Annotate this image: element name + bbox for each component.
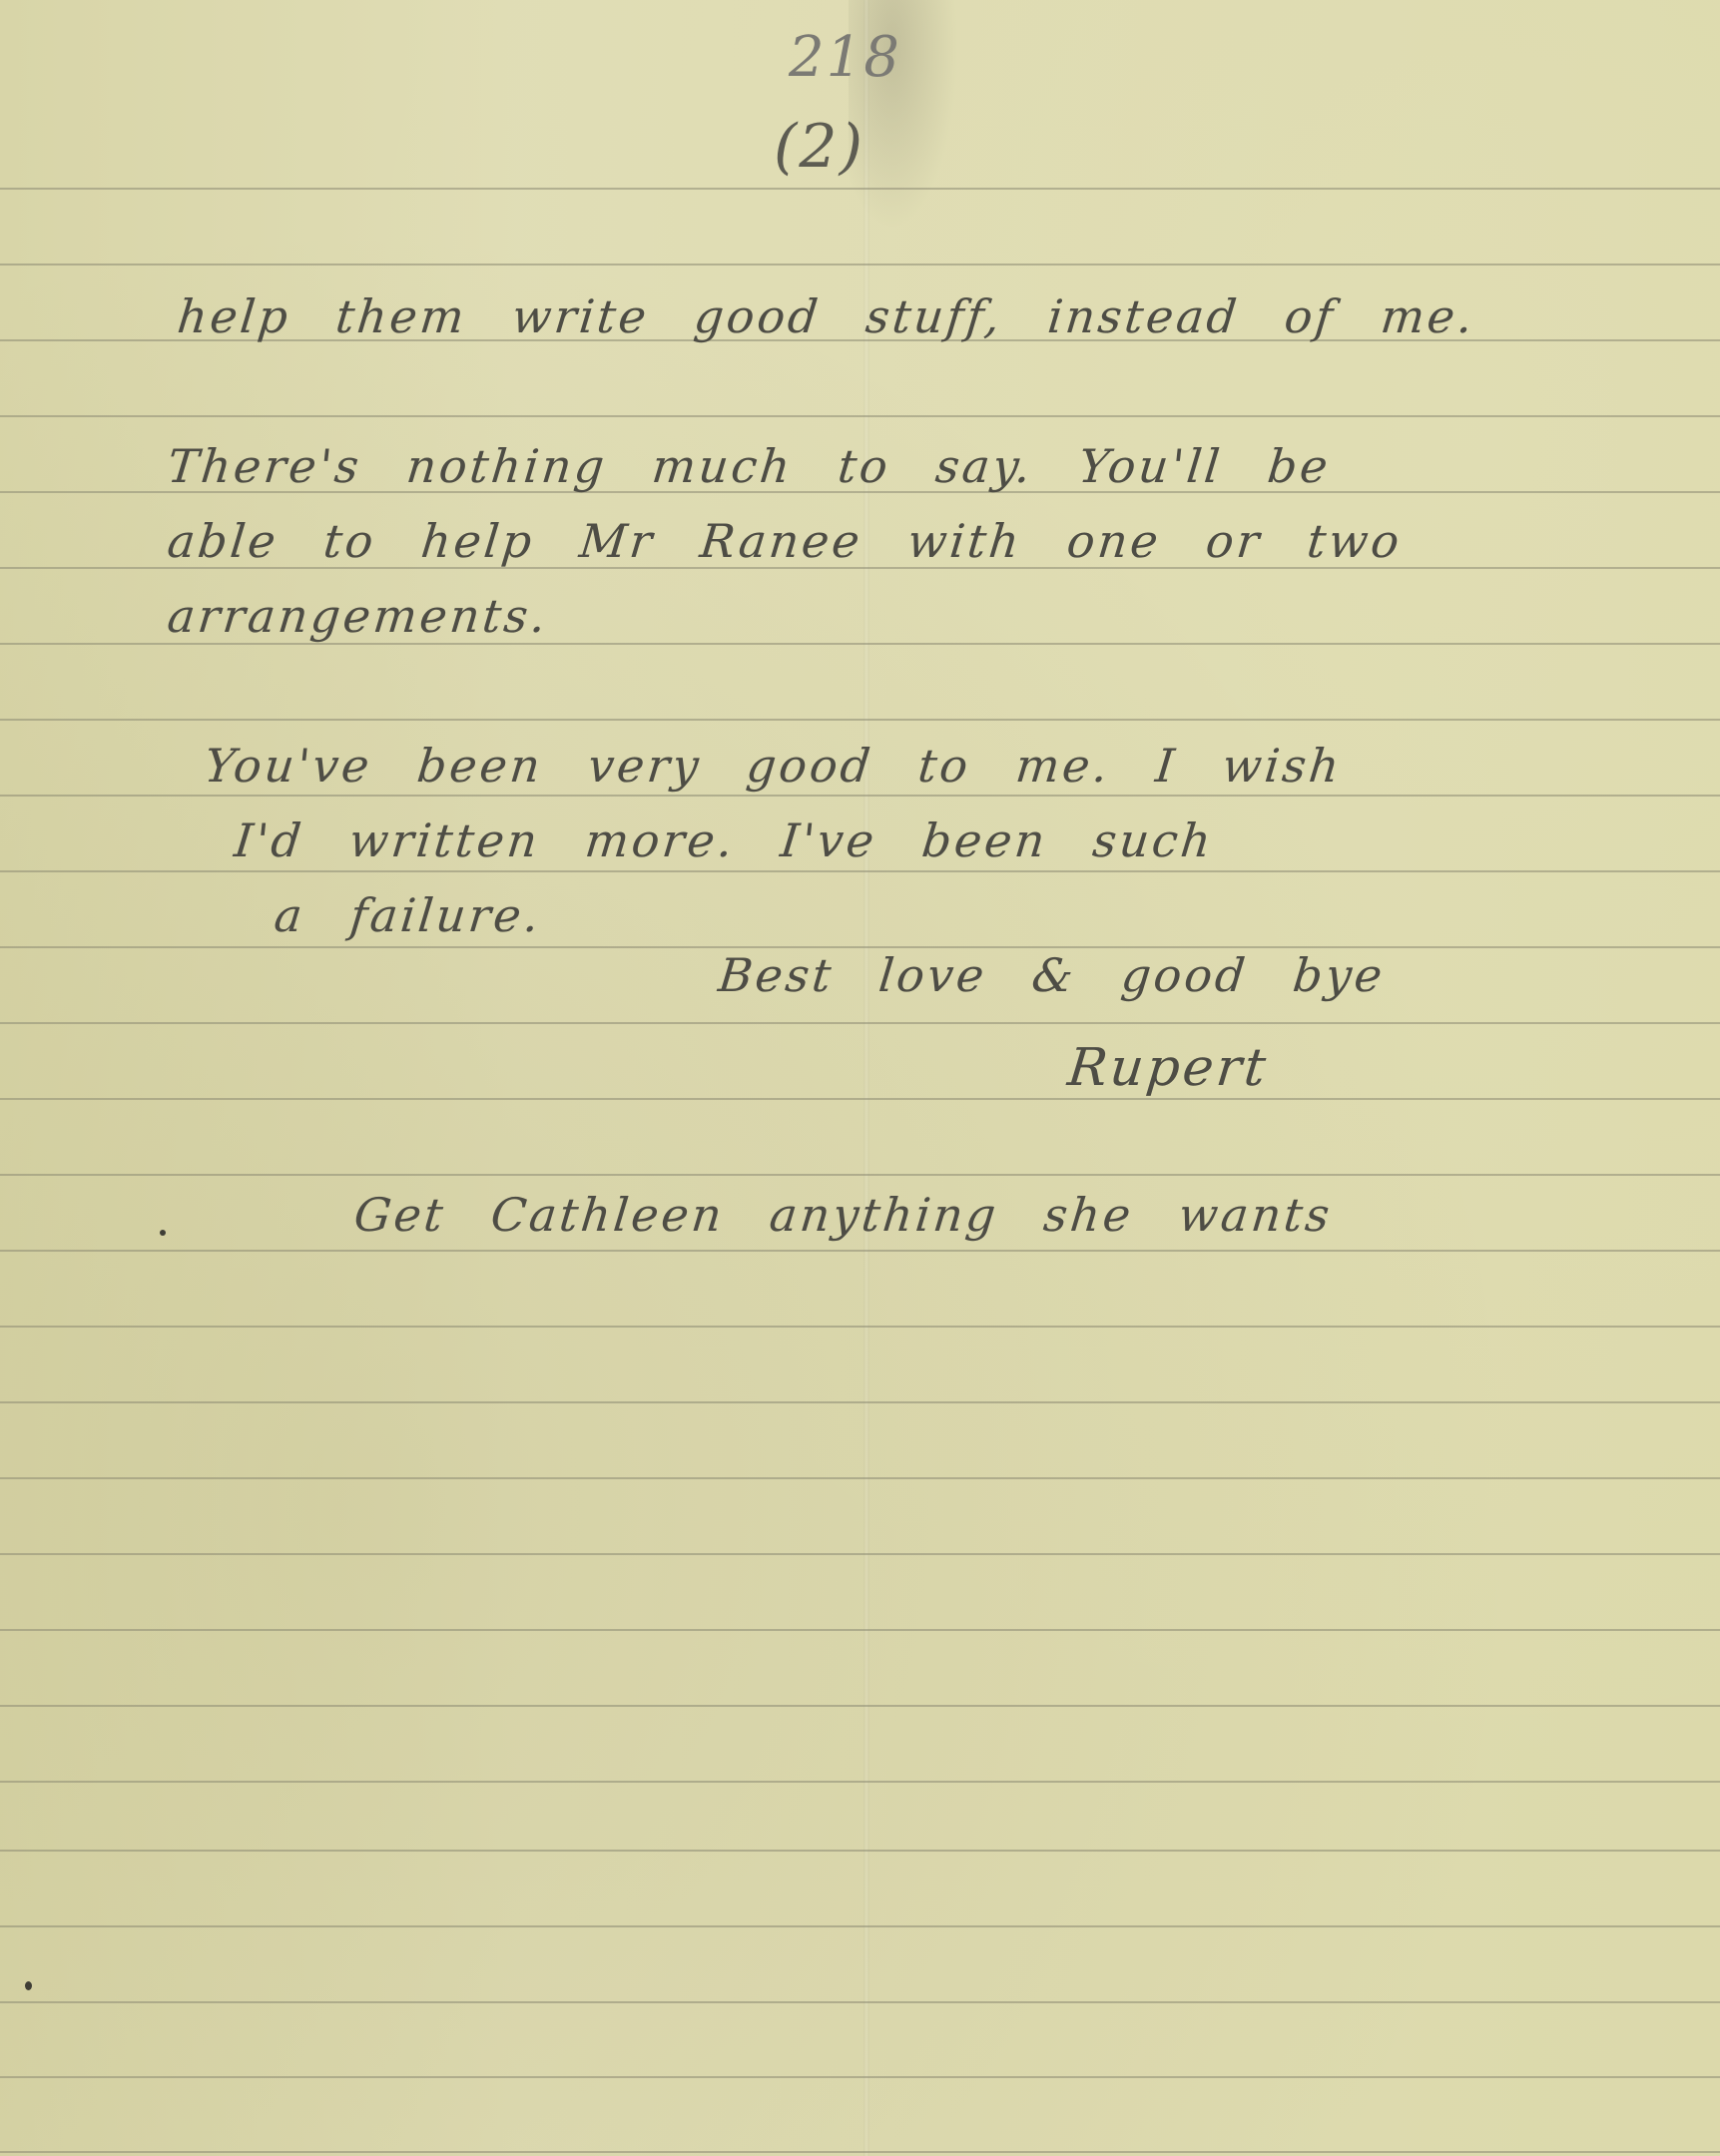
letter-line-2: There's nothing much to say. You'll be: [165, 439, 1333, 493]
ruled-line: [0, 415, 1720, 417]
ruled-line: [0, 1705, 1720, 1707]
ruled-line: [0, 643, 1720, 645]
ruled-line: [0, 1098, 1720, 1100]
ruled-line: [0, 719, 1720, 721]
ruled-line: [0, 264, 1720, 266]
ruled-line: [0, 1174, 1720, 1176]
folio-number: 218: [789, 25, 901, 90]
ruled-line: [0, 1850, 1720, 1852]
closing: Best love & good bye: [716, 948, 1388, 1002]
ruled-line: [0, 870, 1720, 872]
ruled-line: [0, 188, 1720, 190]
ruled-line: [0, 1477, 1720, 1479]
ink-speck: [25, 1981, 32, 1990]
ruled-line: [0, 2076, 1720, 2078]
letter-line-3: able to help Mr Ranee with one or two: [165, 514, 1405, 568]
ruled-line: [0, 1553, 1720, 1555]
letter-line-5: You've been very good to me. I wish: [202, 739, 1345, 793]
ruled-line: [0, 1250, 1720, 1252]
letter-page: 218 (2) help them write good stuff, inst…: [0, 0, 1720, 2156]
postscript: Get Cathleen anything she wants: [351, 1188, 1335, 1242]
postscript-dot: [160, 1230, 166, 1236]
ruled-line: [0, 1925, 1720, 1927]
ruled-line: [0, 795, 1720, 797]
ruled-line: [0, 2001, 1720, 2003]
letter-line-7: a failure.: [272, 888, 544, 942]
page-number: (2): [774, 112, 864, 182]
ruled-line: [0, 1326, 1720, 1328]
signature: Rupert: [1065, 1038, 1272, 1098]
ruled-line: [0, 1629, 1720, 1631]
ruled-line: [0, 2151, 1720, 2153]
letter-line-6: I'd written more. I've been such: [232, 813, 1216, 867]
letter-line-1: help them write good stuff, instead of m…: [175, 289, 1478, 343]
letter-line-4: arrangements.: [165, 589, 551, 643]
ruled-line: [0, 1022, 1720, 1024]
ruled-line: [0, 1401, 1720, 1403]
ruled-line: [0, 1781, 1720, 1783]
